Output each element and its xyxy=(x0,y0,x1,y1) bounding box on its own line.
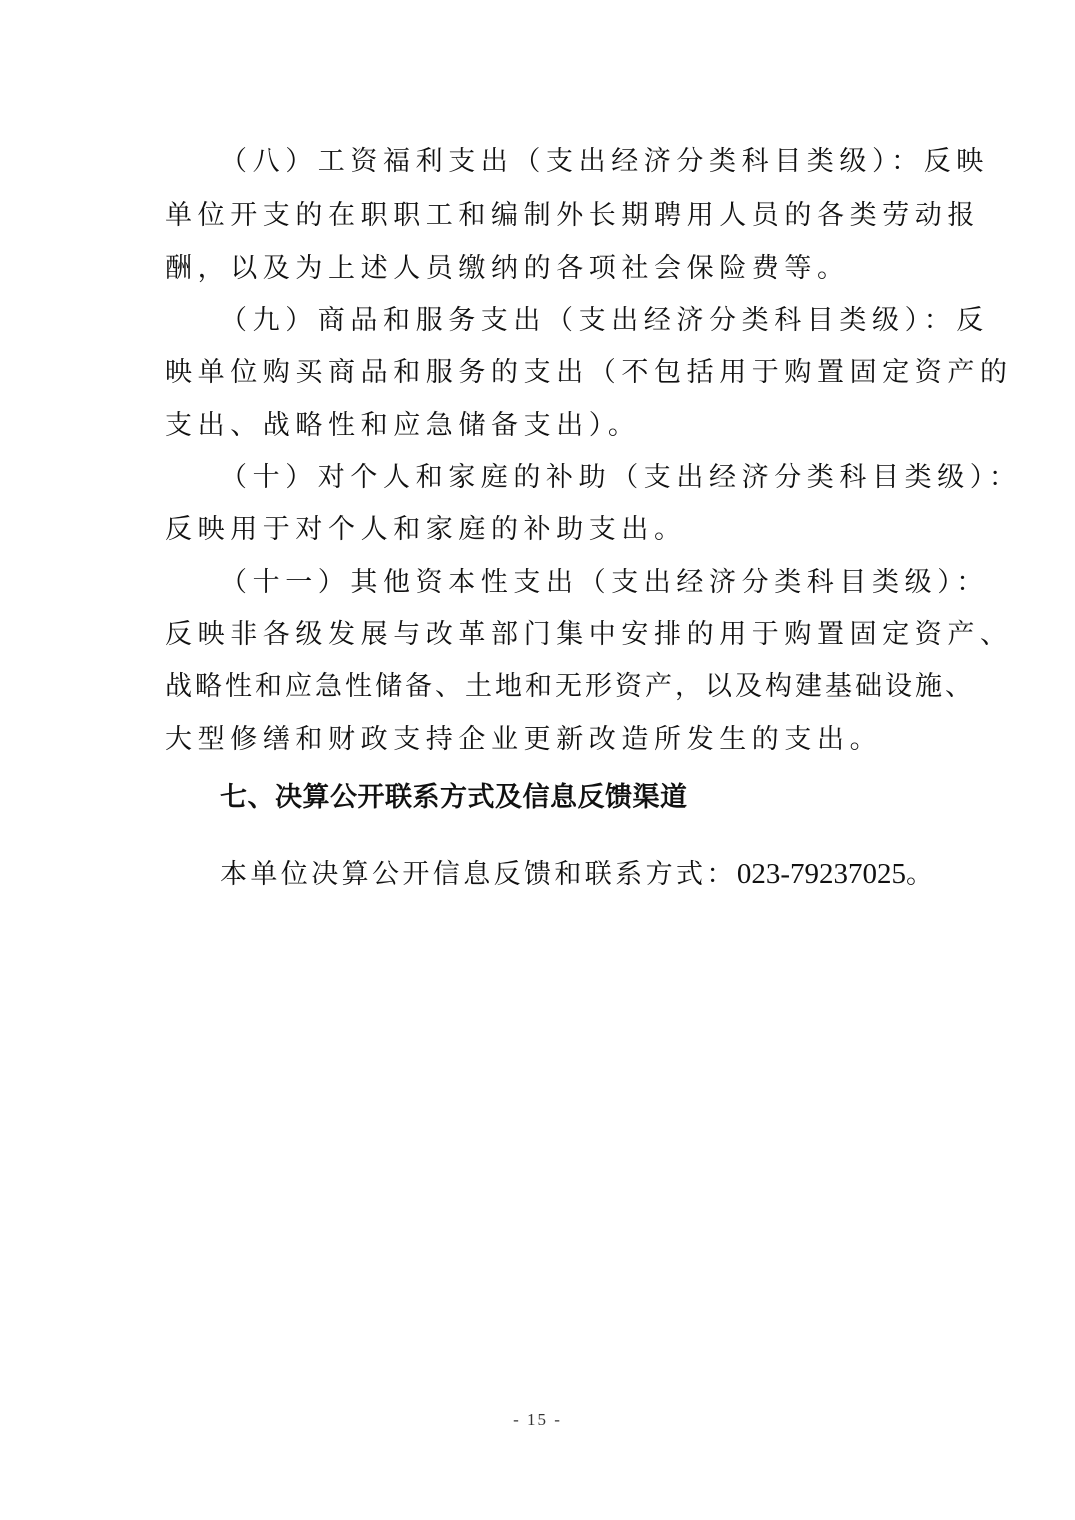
section-11-line-2: 反映非各级发展与改革部门集中安排的用于购置固定资产、 xyxy=(165,619,915,651)
section-8-line-3: 酬，以及为上述人员缴纳的各项社会保险费等。 xyxy=(165,253,915,285)
section-heading: 七、决算公开联系方式及信息反馈渠道 xyxy=(220,782,688,814)
section-10-line-1: （十）对个人和家庭的补助（支出经济分类科目类级）： xyxy=(220,462,920,494)
section-9-line-3: 支出、战略性和应急储备支出）。 xyxy=(165,410,915,442)
section-10-line-2: 反映用于对个人和家庭的补助支出。 xyxy=(165,514,915,546)
contact-label: 本单位决算公开信息反馈和联系方式： xyxy=(220,859,737,890)
section-11-line-4: 大型修缮和财政支持企业更新改造所发生的支出。 xyxy=(165,724,915,756)
contact-suffix: 。 xyxy=(906,859,936,890)
section-8-line-2: 单位开支的在职职工和编制外长期聘用人员的各类劳动报 xyxy=(165,200,915,232)
page-number: - 15 - xyxy=(0,1410,1075,1430)
section-11-line-3: 战略性和应急性储备、土地和无形资产，以及构建基础设施、 xyxy=(165,671,915,703)
section-8-line-1: （八）工资福利支出（支出经济分类科目类级）：反映 xyxy=(220,146,920,178)
contact-phone: 023-79237025 xyxy=(737,858,906,890)
section-9-line-1: （九）商品和服务支出（支出经济分类科目类级）：反 xyxy=(220,305,920,337)
contact-line: 本单位决算公开信息反馈和联系方式：023-79237025。 xyxy=(220,858,936,891)
document-page: （八）工资福利支出（支出经济分类科目类级）：反映 单位开支的在职职工和编制外长期… xyxy=(0,0,1075,1520)
section-9-line-2: 映单位购买商品和服务的支出（不包括用于购置固定资产的 xyxy=(165,357,915,389)
section-11-line-1: （十一）其他资本性支出（支出经济分类科目类级）： xyxy=(220,567,920,599)
